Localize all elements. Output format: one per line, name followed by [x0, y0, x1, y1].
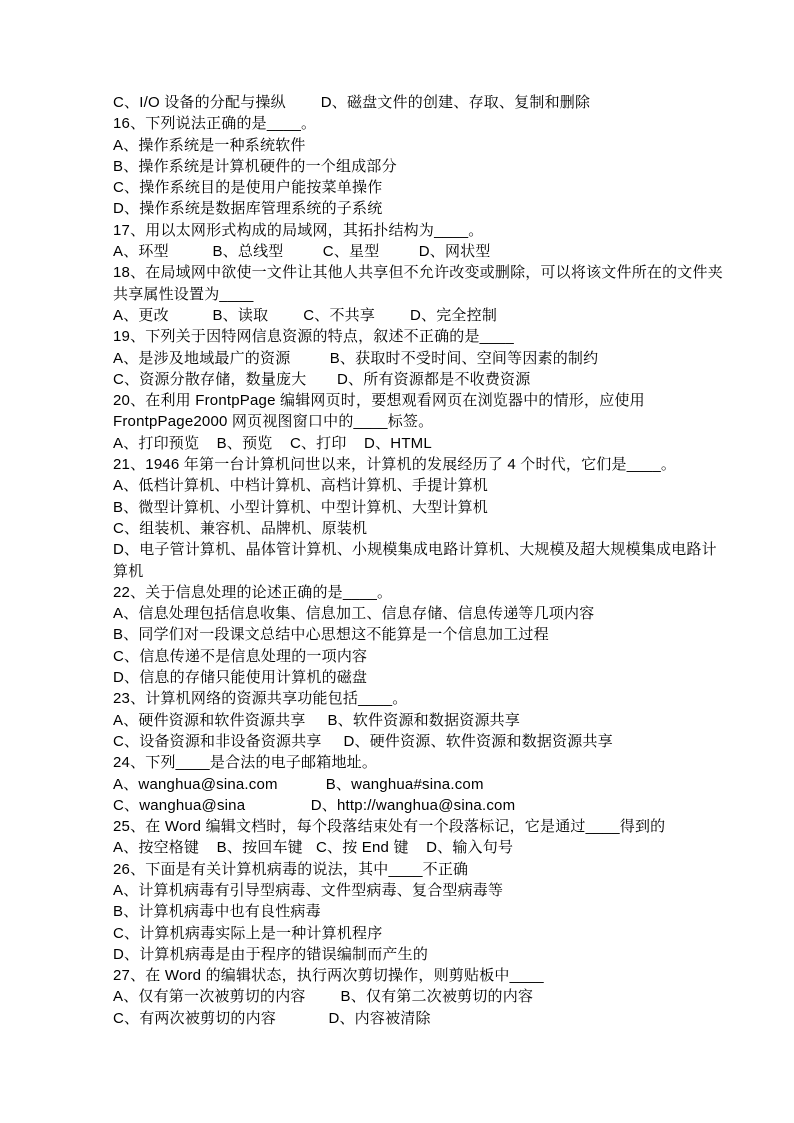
text-line: C、wanghua@sina D、http://wanghua@sina.com [113, 795, 713, 816]
text-line: C、信息传递不是信息处理的一项内容 [113, 646, 713, 667]
text-line: C、计算机病毒实际上是一种计算机程序 [113, 923, 713, 944]
text-line: B、计算机病毒中也有良性病毒 [113, 901, 713, 922]
text-line: A、仅有第一次被剪切的内容 B、仅有第二次被剪切的内容 [113, 986, 713, 1007]
text-line: 26、下面是有关计算机病毒的说法，其中____不正确 [113, 859, 713, 880]
text-line: 20、在利用 FrontpPage 编辑网页时，要想观看网页在浏览器中的情形，应… [113, 390, 713, 411]
text-line: D、操作系统是数据库管理系统的子系统 [113, 198, 713, 219]
text-line: 17、用以太网形式构成的局域网，其拓扑结构为____。 [113, 220, 713, 241]
text-line: 23、计算机网络的资源共享功能包括____。 [113, 688, 713, 709]
text-line: A、计算机病毒有引导型病毒、文件型病毒、复合型病毒等 [113, 880, 713, 901]
text-line: A、低档计算机、中档计算机、高档计算机、手提计算机 [113, 475, 713, 496]
text-line: A、信息处理包括信息收集、信息加工、信息存储、信息传递等几项内容 [113, 603, 713, 624]
text-line: C、组装机、兼容机、品牌机、原装机 [113, 518, 713, 539]
exam-text-block: C、I/O 设备的分配与操纵 D、磁盘文件的创建、存取、复制和删除16、下列说法… [113, 92, 713, 1029]
text-line: A、硬件资源和软件资源共享 B、软件资源和数据资源共享 [113, 710, 713, 731]
text-line: C、I/O 设备的分配与操纵 D、磁盘文件的创建、存取、复制和删除 [113, 92, 713, 113]
text-line: A、更改 B、读取 C、不共享 D、完全控制 [113, 305, 713, 326]
text-line: 27、在 Word 的编辑状态，执行两次剪切操作，则剪贴板中____ [113, 965, 713, 986]
text-line: 16、下列说法正确的是____。 [113, 113, 713, 134]
text-line: D、电子管计算机、晶体管计算机、小规模集成电路计算机、大规模及超大规模集成电路计 [113, 539, 713, 560]
text-line: A、按空格键 B、按回车键 C、按 End 键 D、输入句号 [113, 837, 713, 858]
text-line: C、有两次被剪切的内容 D、内容被清除 [113, 1008, 713, 1029]
text-line: 算机 [113, 561, 713, 582]
text-line: 18、在局域网中欲使一文件让其他人共享但不允许改变或删除，可以将该文件所在的文件… [113, 262, 713, 283]
text-line: B、微型计算机、小型计算机、中型计算机、大型计算机 [113, 497, 713, 518]
text-line: A、打印预览 B、预览 C、打印 D、HTML [113, 433, 713, 454]
text-line: FrontpPage2000 网页视图窗口中的____标签。 [113, 411, 713, 432]
text-line: D、计算机病毒是由于程序的错误编制而产生的 [113, 944, 713, 965]
text-line: D、信息的存储只能使用计算机的磁盘 [113, 667, 713, 688]
text-line: 共享属性设置为____ [113, 284, 713, 305]
text-line: C、操作系统目的是使用户能按菜单操作 [113, 177, 713, 198]
text-line: A、是涉及地域最广的资源 B、获取时不受时间、空间等因素的制约 [113, 348, 713, 369]
text-line: 21、1946 年第一台计算机问世以来，计算机的发展经历了 4 个时代，它们是_… [113, 454, 713, 475]
text-line: A、操作系统是一种系统软件 [113, 135, 713, 156]
text-line: 22、关于信息处理的论述正确的是____。 [113, 582, 713, 603]
text-line: 25、在 Word 编辑文档时，每个段落结束处有一个段落标记，它是通过____得… [113, 816, 713, 837]
text-line: C、设备资源和非设备资源共享 D、硬件资源、软件资源和数据资源共享 [113, 731, 713, 752]
text-line: A、环型 B、总线型 C、星型 D、网状型 [113, 241, 713, 262]
document-page: C、I/O 设备的分配与操纵 D、磁盘文件的创建、存取、复制和删除16、下列说法… [0, 0, 794, 1123]
text-line: 19、下列关于因特网信息资源的特点，叙述不正确的是____ [113, 326, 713, 347]
text-line: C、资源分散存储，数量庞大 D、所有资源都是不收费资源 [113, 369, 713, 390]
text-line: A、wanghua@sina.com B、wanghua#sina.com [113, 774, 713, 795]
text-line: B、同学们对一段课文总结中心思想这不能算是一个信息加工过程 [113, 624, 713, 645]
text-line: B、操作系统是计算机硬件的一个组成部分 [113, 156, 713, 177]
text-line: 24、下列____是合法的电子邮箱地址。 [113, 752, 713, 773]
